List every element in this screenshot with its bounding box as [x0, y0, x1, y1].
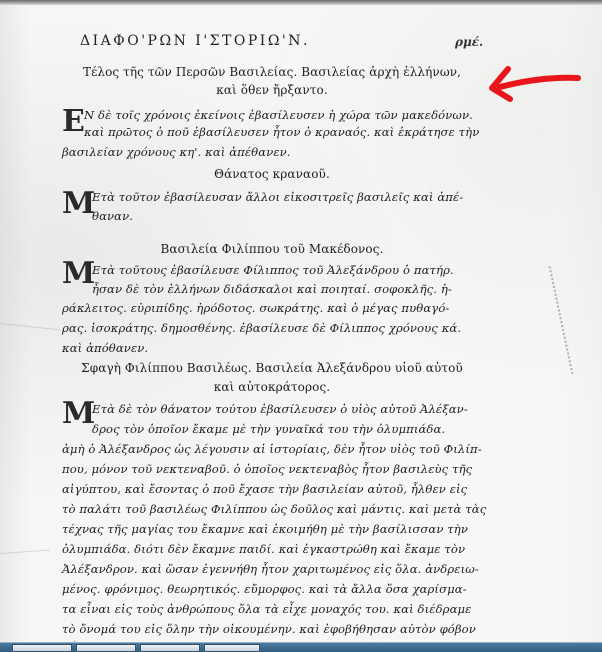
taskbar-button[interactable] [204, 644, 260, 652]
body-line: που, μόνον τοῦ νεκτεναβοῦ. ὁ ὁποῖος νεκτ… [62, 462, 472, 476]
taskbar [0, 642, 602, 652]
body-line: Ετὰ τοῦτον ἐβασίλευσαν ἄλλοι εἰκοσιτρεῖς… [92, 190, 463, 204]
section-heading: καὶ αὐτοκράτορος. [62, 380, 482, 394]
drop-cap: Μ [62, 190, 95, 218]
page-number: ρμέ. [455, 35, 483, 49]
body-line: τὸ ὄνομά του εἰς ὅλην τὴν οἰκουμένην. κα… [62, 622, 476, 636]
paper-stain [549, 266, 576, 374]
body-line: δρος τὸν ὁποῖον ἔκαμε μὲ τὴν γυναῖκά του… [92, 422, 445, 436]
drop-cap: Ε [62, 108, 85, 136]
paper-crease [0, 550, 50, 554]
body-line: θαναν. [92, 209, 133, 223]
body-line: τέχνας τῆς μαγίας του ἔκαμνε καὶ ἐκοιμήθ… [62, 522, 468, 536]
body-line: καὶ ἀπόθανεν. [62, 341, 148, 355]
body-line: Ετὰ τοῦτους ἐβασίλευσε Φίλιππος τοῦ Ἀλεξ… [92, 263, 454, 277]
body-line: ἀμὴ ὁ Ἀλέξανδρος ὡς λέγουσιν αἱ ἱστορίαι… [62, 442, 482, 456]
section-heading: Τέλος τῆς τῶν Περσῶν Βασιλείας. Βασιλεία… [62, 65, 482, 79]
body-line: τὸ παλάτι τοῦ βασιλέως Φιλίππου ὡς δοῦλο… [62, 502, 486, 516]
drop-cap: Μ [62, 400, 95, 428]
body-line: αἰγύπτου, καὶ ἔσοντας ὁ ποῦ ἔχασε τὴν βα… [62, 482, 467, 496]
section-heading: Βασιλεία Φιλίππου τοῦ Μακέδονος. [62, 242, 482, 256]
section-heading: Σφαγὴ Φιλίππου Βασιλέως. Βασιλεία Ἀλεξάν… [62, 361, 482, 375]
body-line: ράκλειτος. εὐριπίδης. ἡρόδοτος. σωκράτης… [62, 301, 449, 315]
body-line: ἦσαν δὲ τὸν ἑλλήνων διδάσκαλοι καὶ ποιητ… [92, 282, 452, 296]
body-line: Ν δὲ τοῖς χρόνοις ἐκείνοις ἐβασίλευσεν ἡ… [84, 108, 473, 122]
drop-cap: Μ [62, 260, 95, 288]
body-line: μένος. φρόνιμος. θεωρητικός. εὔμορφος. κ… [62, 582, 467, 596]
red-arrow-annotation-icon [486, 63, 582, 103]
body-line: ὀλυμπιάδα. διότι δὲν ἔκαμνε παιδί. καὶ ἐ… [62, 542, 465, 556]
running-head: ΔΙΑΦΟ'ΡΩΝ Ι'ΣΤΟΡΙΩ'Ν. [80, 33, 310, 49]
body-line: τα εἶναι εἰς τοὺς ἀνθρώπους ὅλα τὰ εἶχε … [62, 602, 471, 616]
taskbar-button[interactable] [12, 644, 72, 652]
taskbar-button[interactable] [140, 644, 200, 652]
taskbar-button[interactable] [76, 644, 136, 652]
body-line: καὶ πρῶτος ὁ ποῦ ἐβασίλευσεν ἦτον ὁ κραν… [84, 125, 479, 139]
body-line: βασιλείαν χρόνους κη'. καὶ ἀπέθανεν. [62, 145, 291, 159]
paper-crease [0, 323, 60, 330]
body-line: Ἀλέξανδρον. καὶ ὥσαν ἐγεννήθη ἦτον χαριτ… [62, 562, 479, 576]
body-line: ρας. ἰσοκράτης. δημοσθένης. ἐβασίλευσε δ… [62, 321, 461, 335]
body-line: Ετὰ δὲ τὸν θάνατον τούτου ἐβασίλευσεν ὁ … [92, 402, 468, 416]
section-heading: Θάνατος κραναοῦ. [62, 167, 482, 181]
section-heading: καὶ ὅθεν ἤρξαντο. [62, 83, 482, 97]
scanned-page: ΔΙΑΦΟ'ΡΩΝ Ι'ΣΤΟΡΙΩ'Ν. ρμέ. Τέλος τῆς τῶν… [0, 5, 602, 642]
